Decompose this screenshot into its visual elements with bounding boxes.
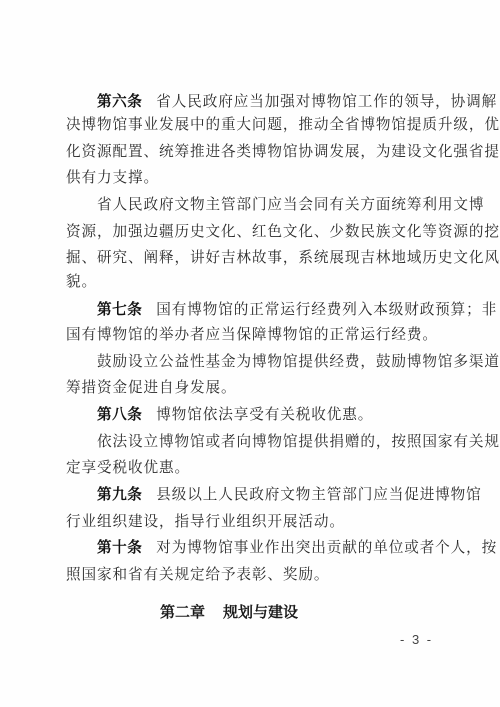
article-10-line-2: 照国家和省有关规定给予表彰、奖励。 (66, 565, 436, 585)
article-6-line-4: 供有力支撑。 (66, 168, 436, 188)
article-6-para2-line-4: 貌。 (66, 272, 436, 292)
article-6-para2-line-1: 省人民政府文物主管部门应当会同有关方面统筹利用文博 (97, 195, 436, 215)
article-label: 第九条 (97, 486, 142, 503)
article-6-para2-line-3: 掘、研究、阐释，讲好吉林故事，系统展现吉林地域历史文化风 (66, 248, 436, 268)
article-text: 县级以上人民政府文物主管部门应当促进博物馆 (156, 486, 481, 503)
article-text: 对为博物馆事业作出突出贡献的单位或者个人，按 (156, 539, 497, 556)
article-6-line-3: 化资源配置、统筹推进各类博物馆协调发展，为建设文化强省提 (66, 142, 436, 162)
article-text: 省人民政府应当加强对博物馆工作的领导，协调解 (156, 93, 497, 110)
article-label: 第七条 (97, 301, 142, 318)
article-8-para2-line-2: 定享受税收优惠。 (66, 458, 436, 478)
article-6-line-1: 第六条省人民政府应当加强对博物馆工作的领导，协调解 (97, 92, 436, 112)
article-8-para2-line-1: 依法设立博物馆或者向博物馆提供捐赠的，按照国家有关规 (97, 432, 436, 452)
article-7-line-2: 国有博物馆的举办者应当保障博物馆的正常运行经费。 (66, 325, 436, 345)
article-label: 第六条 (97, 93, 142, 110)
article-10-line-1: 第十条对为博物馆事业作出突出贡献的单位或者个人，按 (97, 538, 436, 558)
article-label: 第八条 (97, 406, 142, 423)
chapter-number: 第二章 (160, 603, 205, 621)
article-9-line-2: 行业组织建设，指导行业组织开展活动。 (66, 512, 436, 532)
article-6-para2-line-2: 资源，加强边疆历史文化、红色文化、少数民族文化等资源的挖 (66, 222, 436, 242)
chapter-heading: 第二章规划与建设 (160, 602, 360, 622)
article-9-line-1: 第九条县级以上人民政府文物主管部门应当促进博物馆 (97, 485, 436, 505)
article-7-para2-line-1: 鼓励设立公益性基金为博物馆提供经费，鼓励博物馆多渠道 (97, 352, 436, 372)
article-7-para2-line-2: 筹措资金促进自身发展。 (66, 378, 436, 398)
page-number: - 3 - (400, 631, 433, 649)
chapter-title: 规划与建设 (223, 603, 298, 621)
article-text: 国有博物馆的正常运行经费列入本级财政预算；非 (156, 301, 497, 318)
article-8-line-1: 第八条博物馆依法享受有关税收优惠。 (97, 405, 436, 425)
article-label: 第十条 (97, 539, 142, 556)
article-7-line-1: 第七条国有博物馆的正常运行经费列入本级财政预算；非 (97, 300, 436, 320)
article-text: 博物馆依法享受有关税收优惠。 (156, 406, 373, 423)
document-page: 第六条省人民政府应当加强对博物馆工作的领导，协调解 决博物馆事业发展中的重大问题… (0, 0, 500, 707)
article-6-line-2: 决博物馆事业发展中的重大问题，推动全省博物馆提质升级，优 (66, 115, 436, 135)
